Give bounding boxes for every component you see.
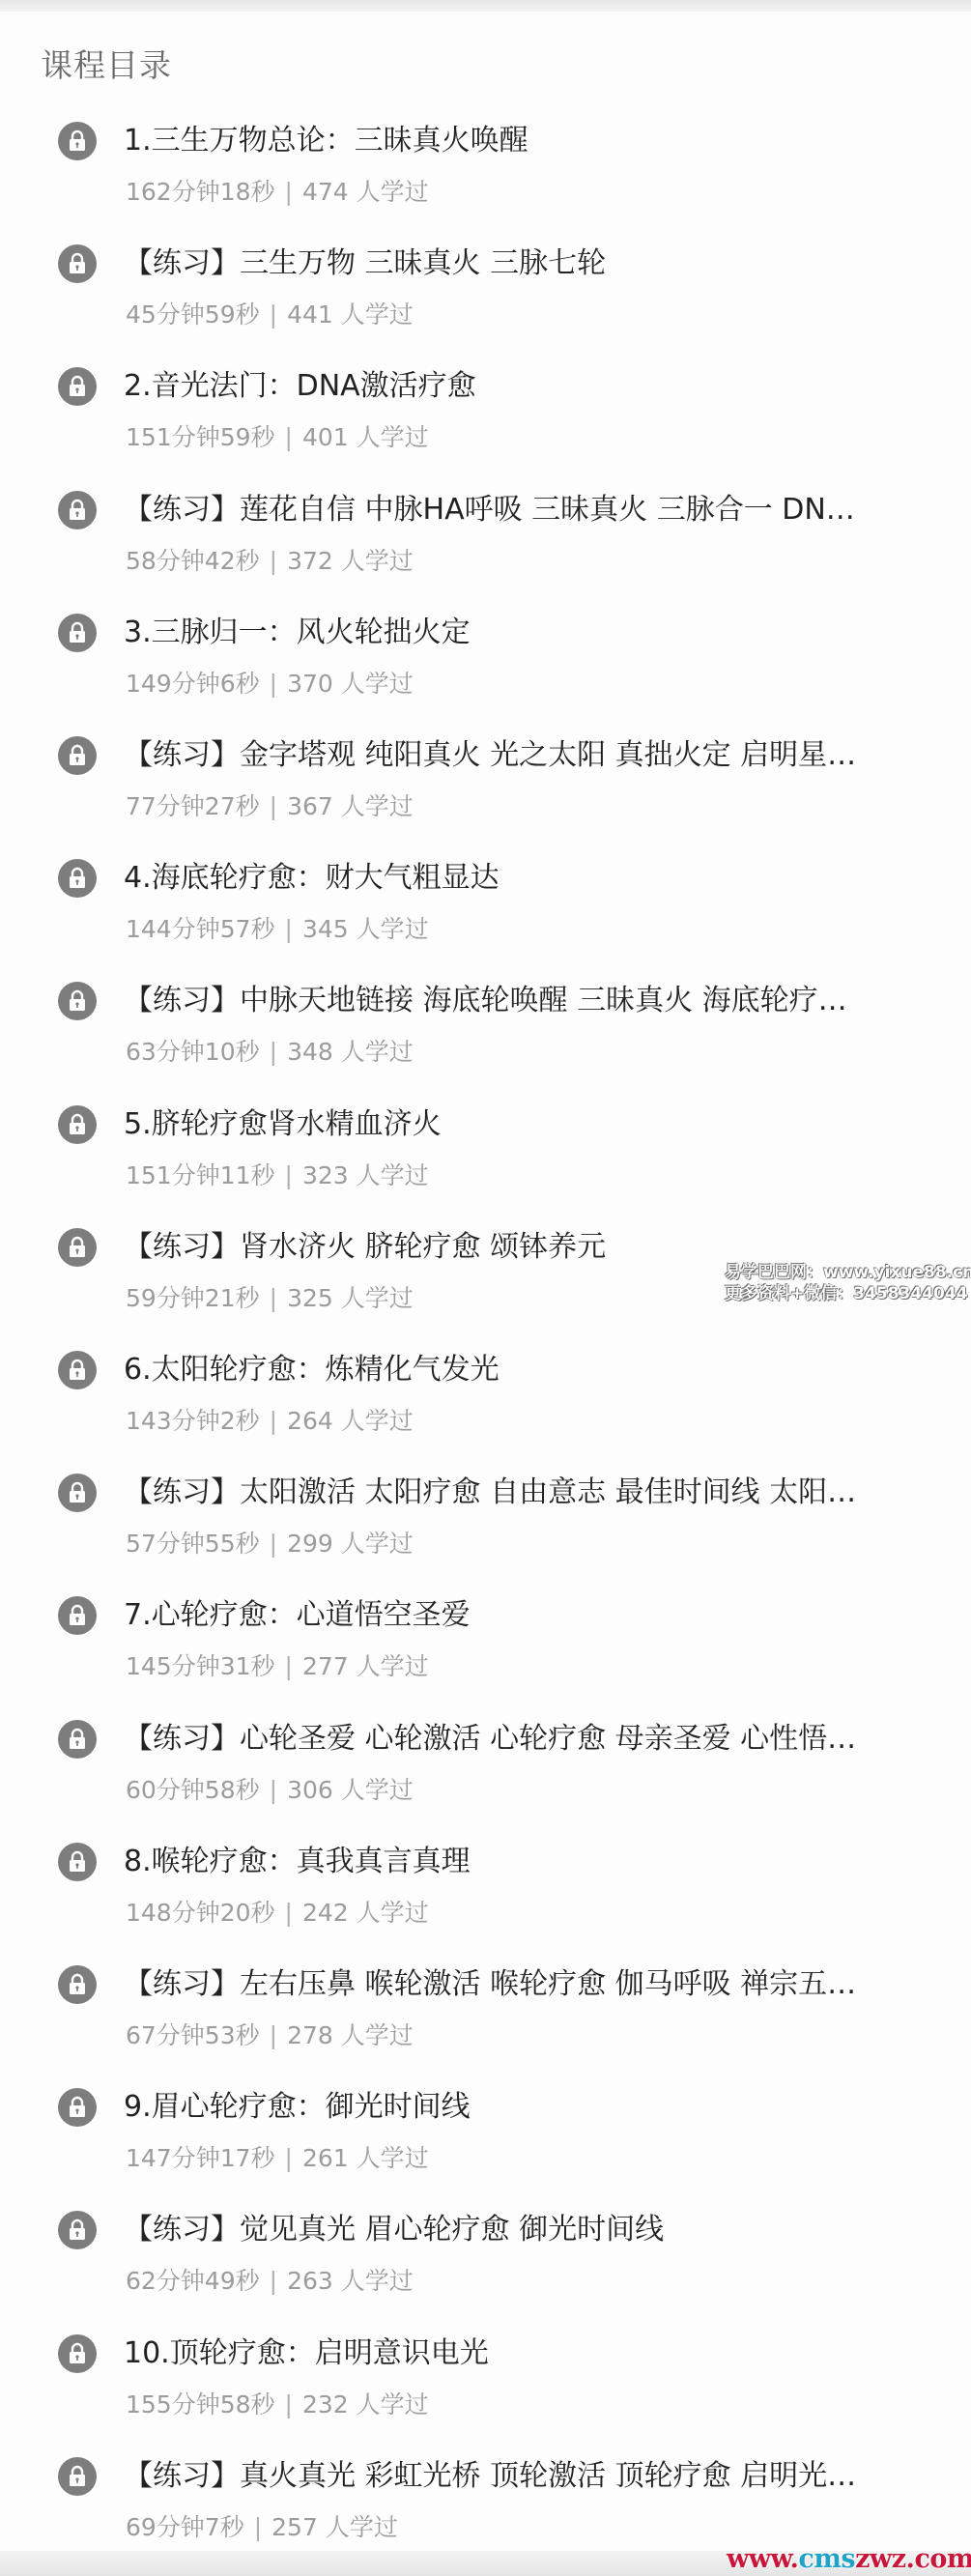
lesson-duration: 151分钟11秒 bbox=[126, 1161, 275, 1189]
lesson-duration: 69分钟7秒 bbox=[126, 2513, 244, 2541]
lesson-learners: 401 人学过 bbox=[302, 423, 429, 451]
lesson-meta: 77分钟27秒|367 人学过 bbox=[126, 791, 414, 822]
lesson-duration: 147分钟17秒 bbox=[126, 2144, 275, 2172]
lesson-meta: 148分钟20秒|242 人学过 bbox=[126, 1898, 429, 1929]
lock-icon bbox=[58, 1228, 97, 1267]
lock-icon bbox=[58, 1720, 97, 1759]
lesson-item[interactable]: 4.海底轮疗愈：财大气粗显达 144分钟57秒|345 人学过 bbox=[0, 859, 971, 982]
lesson-title: 5.脐轮疗愈肾水精血济火 bbox=[124, 1105, 955, 1144]
lesson-duration: 57分钟55秒 bbox=[126, 1530, 260, 1558]
lock-icon bbox=[58, 859, 97, 898]
lesson-meta: 162分钟18秒|474 人学过 bbox=[126, 177, 429, 208]
lesson-learners: 263 人学过 bbox=[287, 2267, 414, 2295]
footer-watermark-mid: cms bbox=[798, 2544, 855, 2574]
meta-separator: | bbox=[285, 1898, 293, 1929]
lesson-title: 9.眉心轮疗愈：御光时间线 bbox=[124, 2088, 955, 2127]
lock-icon bbox=[58, 367, 97, 406]
lesson-item[interactable]: 【练习】莲花自信 中脉HA呼吸 三昧真火 三脉合一 DN… 58分钟42秒|37… bbox=[0, 491, 971, 614]
lesson-item[interactable]: 【练习】中脉天地链接 海底轮唤醒 三昧真火 海底轮疗… 63分钟10秒|348 … bbox=[0, 982, 971, 1104]
lesson-meta: 155分钟58秒|232 人学过 bbox=[126, 2390, 429, 2420]
lesson-learners: 278 人学过 bbox=[287, 2021, 414, 2049]
lesson-learners: 348 人学过 bbox=[287, 1038, 414, 1066]
meta-separator: | bbox=[270, 791, 277, 822]
lesson-title: 10.顶轮疗愈：启明意识电光 bbox=[124, 2334, 955, 2373]
meta-separator: | bbox=[270, 2020, 277, 2051]
lock-icon bbox=[58, 2088, 97, 2127]
lesson-duration: 58分钟42秒 bbox=[126, 547, 260, 575]
meta-separator: | bbox=[285, 1651, 293, 1682]
meta-separator: | bbox=[285, 422, 293, 453]
lesson-title: 【练习】莲花自信 中脉HA呼吸 三昧真火 三脉合一 DN… bbox=[124, 491, 955, 530]
meta-separator: | bbox=[270, 1775, 277, 1806]
lesson-item[interactable]: 1.三生万物总论：三昧真火唤醒 162分钟18秒|474 人学过 bbox=[0, 122, 971, 244]
lock-icon bbox=[58, 614, 97, 652]
watermark-line-2: 更多资料+微信：3458344044 bbox=[725, 1283, 971, 1304]
lesson-title: 4.海底轮疗愈：财大气粗显达 bbox=[124, 859, 955, 898]
lock-icon bbox=[58, 1351, 97, 1389]
lesson-duration: 62分钟49秒 bbox=[126, 2267, 260, 2295]
lesson-learners: 474 人学过 bbox=[302, 178, 429, 206]
lesson-meta: 151分钟11秒|323 人学过 bbox=[126, 1160, 429, 1191]
meta-separator: | bbox=[254, 2512, 262, 2543]
lesson-title: 1.三生万物总论：三昧真火唤醒 bbox=[124, 122, 955, 160]
lock-icon bbox=[58, 1965, 97, 2004]
lock-icon bbox=[58, 1843, 97, 1881]
lesson-meta: 143分钟2秒|264 人学过 bbox=[126, 1406, 414, 1437]
lock-icon bbox=[58, 1596, 97, 1635]
lock-icon bbox=[58, 2334, 97, 2373]
lesson-meta: 144分钟57秒|345 人学过 bbox=[126, 914, 429, 945]
footer-watermark: www.cmszwz.com bbox=[727, 2544, 971, 2575]
lock-icon bbox=[58, 2211, 97, 2249]
lesson-item[interactable]: 8.喉轮疗愈：真我真言真理 148分钟20秒|242 人学过 bbox=[0, 1843, 971, 1965]
lesson-meta: 45分钟59秒|441 人学过 bbox=[126, 300, 414, 330]
lesson-learners: 257 人学过 bbox=[271, 2513, 398, 2541]
lesson-item[interactable]: 【练习】金字塔观 纯阳真火 光之太阳 真拙火定 启明星… 77分钟27秒|367… bbox=[0, 736, 971, 859]
lesson-meta: 151分钟59秒|401 人学过 bbox=[126, 422, 429, 453]
lesson-item[interactable]: 【练习】太阳激活 太阳疗愈 自由意志 最佳时间线 太阳… 57分钟55秒|299… bbox=[0, 1474, 971, 1596]
lesson-title: 【练习】左右压鼻 喉轮激活 喉轮疗愈 伽马呼吸 禅宗五… bbox=[124, 1965, 955, 2004]
lesson-meta: 60分钟58秒|306 人学过 bbox=[126, 1775, 414, 1806]
lesson-learners: 372 人学过 bbox=[287, 547, 414, 575]
watermark-line-1: 易学巴巴网：www.yixue88.cn bbox=[725, 1262, 971, 1283]
lesson-duration: 148分钟20秒 bbox=[126, 1899, 275, 1927]
lesson-learners: 306 人学过 bbox=[287, 1776, 414, 1804]
lesson-title: 【练习】中脉天地链接 海底轮唤醒 三昧真火 海底轮疗… bbox=[124, 982, 955, 1020]
lesson-item[interactable]: 7.心轮疗愈：心道悟空圣爱 145分钟31秒|277 人学过 bbox=[0, 1596, 971, 1719]
lock-icon bbox=[58, 1474, 97, 1512]
lesson-duration: 144分钟57秒 bbox=[126, 915, 275, 943]
meta-separator: | bbox=[285, 1160, 293, 1191]
lesson-title: 7.心轮疗愈：心道悟空圣爱 bbox=[124, 1596, 955, 1635]
lock-icon bbox=[58, 244, 97, 283]
lesson-meta: 69分钟7秒|257 人学过 bbox=[126, 2512, 398, 2543]
lock-icon bbox=[58, 2457, 97, 2496]
lesson-meta: 67分钟53秒|278 人学过 bbox=[126, 2020, 414, 2051]
lesson-duration: 155分钟58秒 bbox=[126, 2390, 275, 2419]
lesson-duration: 77分钟27秒 bbox=[126, 792, 260, 820]
lesson-title: 【练习】太阳激活 太阳疗愈 自由意志 最佳时间线 太阳… bbox=[124, 1474, 955, 1512]
lesson-title: 8.喉轮疗愈：真我真言真理 bbox=[124, 1843, 955, 1881]
lesson-meta: 149分钟6秒|370 人学过 bbox=[126, 669, 414, 700]
section-title: 课程目录 bbox=[41, 46, 172, 85]
meta-separator: | bbox=[270, 546, 277, 577]
lesson-meta: 63分钟10秒|348 人学过 bbox=[126, 1037, 414, 1068]
lesson-learners: 277 人学过 bbox=[302, 1652, 429, 1680]
lesson-meta: 147分钟17秒|261 人学过 bbox=[126, 2143, 429, 2174]
lesson-title: 【练习】三生万物 三昧真火 三脉七轮 bbox=[124, 244, 955, 283]
lesson-learners: 299 人学过 bbox=[287, 1530, 414, 1558]
meta-separator: | bbox=[270, 1037, 277, 1068]
lesson-item[interactable]: 5.脐轮疗愈肾水精血济火 151分钟11秒|323 人学过 bbox=[0, 1105, 971, 1228]
lesson-duration: 143分钟2秒 bbox=[126, 1407, 260, 1435]
lesson-meta: 59分钟21秒|325 人学过 bbox=[126, 1283, 414, 1314]
meta-separator: | bbox=[285, 2143, 293, 2174]
lesson-learners: 323 人学过 bbox=[302, 1161, 429, 1189]
lesson-learners: 242 人学过 bbox=[302, 1899, 429, 1927]
lesson-title: 【练习】觉见真光 眉心轮疗愈 御光时间线 bbox=[124, 2211, 955, 2249]
lesson-learners: 367 人学过 bbox=[287, 792, 414, 820]
lesson-title: 【练习】心轮圣爱 心轮激活 心轮疗愈 母亲圣爱 心性悟… bbox=[124, 1720, 955, 1759]
lock-icon bbox=[58, 1105, 97, 1144]
lesson-item[interactable]: 【练习】心轮圣爱 心轮激活 心轮疗愈 母亲圣爱 心性悟… 60分钟58秒|306… bbox=[0, 1720, 971, 1843]
meta-separator: | bbox=[270, 300, 277, 330]
lock-icon bbox=[58, 982, 97, 1020]
lesson-learners: 264 人学过 bbox=[287, 1407, 414, 1435]
meta-separator: | bbox=[270, 1283, 277, 1314]
meta-separator: | bbox=[285, 2390, 293, 2420]
lesson-duration: 149分钟6秒 bbox=[126, 670, 260, 698]
lesson-duration: 162分钟18秒 bbox=[126, 178, 275, 206]
lesson-learners: 370 人学过 bbox=[287, 670, 414, 698]
lesson-title: 【练习】真火真光 彩虹光桥 顶轮激活 顶轮疗愈 启明光… bbox=[124, 2457, 955, 2496]
lock-icon bbox=[58, 736, 97, 775]
lesson-item[interactable]: 【练习】三生万物 三昧真火 三脉七轮 45分钟59秒|441 人学过 bbox=[0, 244, 971, 367]
lesson-title: 2.音光法门：DNA激活疗愈 bbox=[124, 367, 955, 406]
lesson-duration: 59分钟21秒 bbox=[126, 1284, 260, 1312]
lesson-item[interactable]: 6.太阳轮疗愈：炼精化气发光 143分钟2秒|264 人学过 bbox=[0, 1351, 971, 1474]
lesson-title: 【练习】肾水济火 脐轮疗愈 颂钵养元 bbox=[124, 1228, 955, 1267]
lesson-meta: 58分钟42秒|372 人学过 bbox=[126, 546, 414, 577]
footer-watermark-right: zwz.com bbox=[855, 2544, 971, 2574]
meta-separator: | bbox=[270, 1529, 277, 1560]
lock-icon bbox=[58, 491, 97, 530]
lesson-duration: 45分钟59秒 bbox=[126, 301, 260, 329]
lesson-duration: 60分钟58秒 bbox=[126, 1776, 260, 1804]
lesson-item[interactable]: 3.三脉归一：风火轮拙火定 149分钟6秒|370 人学过 bbox=[0, 614, 971, 736]
meta-separator: | bbox=[285, 914, 293, 945]
lesson-duration: 145分钟31秒 bbox=[126, 1652, 275, 1680]
lesson-meta: 57分钟55秒|299 人学过 bbox=[126, 1529, 414, 1560]
lesson-learners: 345 人学过 bbox=[302, 915, 429, 943]
meta-separator: | bbox=[270, 2266, 277, 2297]
lesson-title: 【练习】金字塔观 纯阳真火 光之太阳 真拙火定 启明星… bbox=[124, 736, 955, 775]
watermark: 易学巴巴网：www.yixue88.cn 更多资料+微信：3458344044 bbox=[725, 1262, 971, 1304]
lesson-duration: 151分钟59秒 bbox=[126, 423, 275, 451]
lesson-title: 3.三脉归一：风火轮拙火定 bbox=[124, 614, 955, 652]
top-strip bbox=[0, 0, 971, 12]
lesson-meta: 62分钟49秒|263 人学过 bbox=[126, 2266, 414, 2297]
lesson-item[interactable]: 9.眉心轮疗愈：御光时间线 147分钟17秒|261 人学过 bbox=[0, 2088, 971, 2211]
lock-icon bbox=[58, 122, 97, 160]
lesson-duration: 67分钟53秒 bbox=[126, 2021, 260, 2049]
lesson-learners: 325 人学过 bbox=[287, 1284, 414, 1312]
lesson-item[interactable]: 【练习】觉见真光 眉心轮疗愈 御光时间线 62分钟49秒|263 人学过 bbox=[0, 2211, 971, 2333]
meta-separator: | bbox=[270, 669, 277, 700]
lesson-title: 6.太阳轮疗愈：炼精化气发光 bbox=[124, 1351, 955, 1389]
lesson-item[interactable]: 10.顶轮疗愈：启明意识电光 155分钟58秒|232 人学过 bbox=[0, 2334, 971, 2457]
lesson-item[interactable]: 2.音光法门：DNA激活疗愈 151分钟59秒|401 人学过 bbox=[0, 367, 971, 490]
meta-separator: | bbox=[285, 177, 293, 208]
lesson-meta: 145分钟31秒|277 人学过 bbox=[126, 1651, 429, 1682]
lesson-learners: 261 人学过 bbox=[302, 2144, 429, 2172]
lesson-learners: 232 人学过 bbox=[302, 2390, 429, 2419]
lesson-item[interactable]: 【练习】左右压鼻 喉轮激活 喉轮疗愈 伽马呼吸 禅宗五… 67分钟53秒|278… bbox=[0, 1965, 971, 2088]
footer-watermark-left: www. bbox=[727, 2544, 798, 2574]
meta-separator: | bbox=[270, 1406, 277, 1437]
lesson-learners: 441 人学过 bbox=[287, 301, 414, 329]
lesson-duration: 63分钟10秒 bbox=[126, 1038, 260, 1066]
